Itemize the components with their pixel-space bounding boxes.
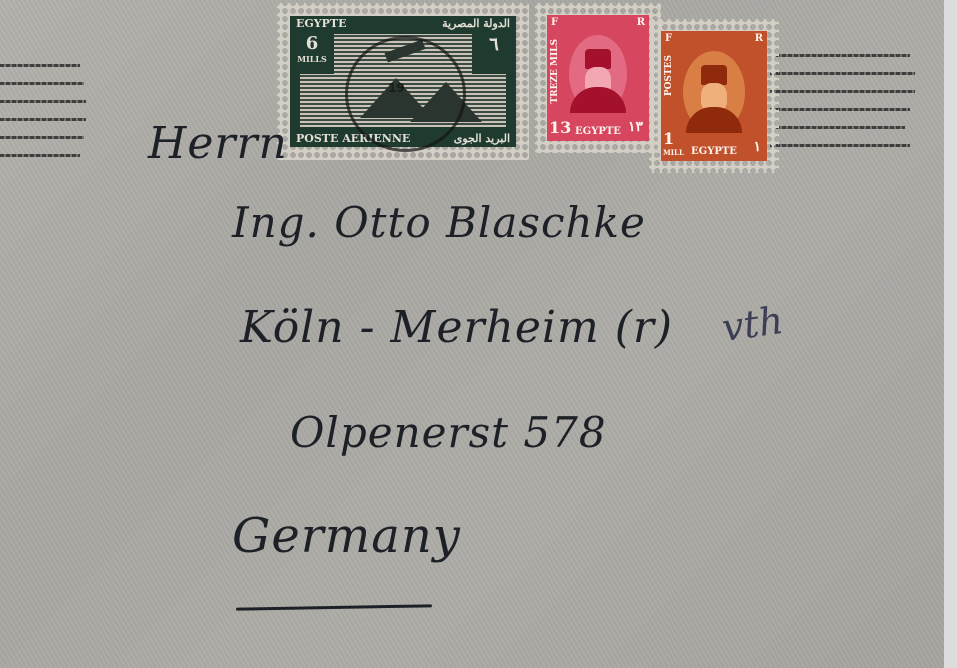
stamp-unit: MILLS: [290, 54, 334, 64]
stamp-arabic-bottom: البريد الجوى: [454, 132, 510, 145]
recipient-name: Ing. Otto Blaschke: [232, 198, 646, 247]
machine-cancel-left: [0, 50, 90, 160]
stamp-country: EGYPTE: [296, 17, 346, 30]
stamp-side-label: POSTES: [664, 55, 674, 96]
scan-edge: [944, 0, 957, 668]
airmail-stamp: EGYPTEالدولة المصرية 6MILLS ٦ POSTE AERI…: [282, 8, 524, 155]
stamp-arabic-value: ١: [753, 139, 761, 155]
recipient-country: Germany: [232, 508, 461, 564]
postmark-text: 19: [388, 81, 405, 95]
pencil-annotation: vth: [719, 298, 786, 350]
recipient-street: Olpenerst 578: [290, 408, 607, 457]
stamp-arabic-value: ٦: [489, 34, 499, 55]
corner-f: F: [551, 17, 558, 28]
postmark: 19: [345, 36, 466, 152]
stamp-side-label: TREZE MILS: [550, 39, 560, 104]
stamp-value: 6: [306, 33, 319, 54]
recipient-city: Köln - Merheim (r): [240, 302, 673, 353]
stamp-arabic-value: ١٣: [628, 119, 643, 135]
corner-r: R: [637, 17, 645, 28]
corner-r: R: [755, 33, 763, 44]
stamp-13-mils: F R TREZE MILS 13 EGYPTE ١٣: [540, 8, 656, 148]
stamp-country: EGYPTE: [661, 146, 767, 157]
stamp-1-mill: F R POSTES 1MILL EGYPTE ١: [654, 24, 774, 168]
machine-cancel-right: [770, 48, 920, 158]
salutation: Herrn: [148, 118, 288, 169]
stamp-arabic-country: الدولة المصرية: [442, 17, 510, 30]
corner-f: F: [665, 33, 672, 44]
